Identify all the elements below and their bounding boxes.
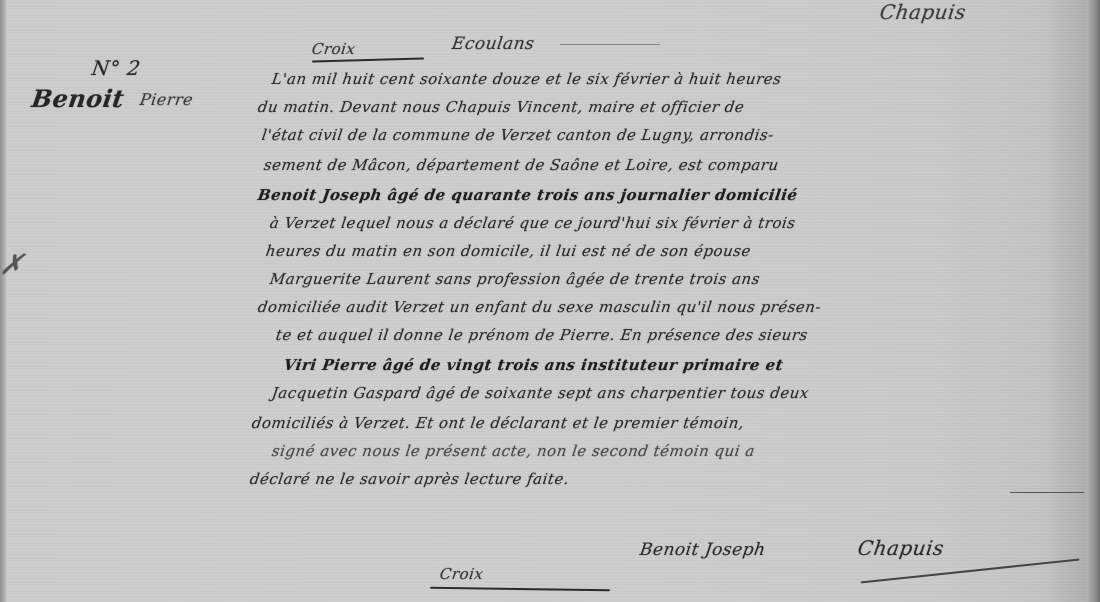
- body-line-4: sement de Mâcon, département de Saône et…: [263, 156, 780, 174]
- header-cross-word: Croix: [311, 40, 357, 58]
- body-line-1: L'an mil huit cent soixante douze et le …: [271, 70, 783, 88]
- declarant-signature: Benoit Joseph: [639, 540, 767, 560]
- body-line-9: domiciliée audit Verzet un enfant du sex…: [257, 298, 823, 316]
- margin-surname: Benoit: [30, 84, 126, 113]
- body-line-15: déclaré ne le savoir après lecture faite…: [249, 470, 571, 488]
- margin-given-name: Pierre: [139, 90, 195, 109]
- record-number: N° 2: [90, 56, 142, 80]
- top-signature: Chapuis: [878, 0, 967, 24]
- body-line-8: Marguerite Laurent sans profession âgée …: [269, 270, 762, 288]
- signature-underline: [861, 559, 1080, 583]
- page-left-edge: [0, 0, 6, 602]
- document-page: Chapuis N° 2 Benoit Pierre ✗ Croix Ecoul…: [0, 0, 1100, 602]
- body-line-3: l'état civil de la commune de Verzet can…: [261, 126, 775, 144]
- header-flourish-line: [312, 58, 424, 63]
- header-title: Ecoulans: [451, 34, 536, 54]
- body-line-5: Benoit Joseph âgé de quarante trois ans …: [257, 186, 799, 204]
- body-line-7: heures du matin en son domicile, il lui …: [265, 242, 752, 260]
- body-line-14: signé avec nous le présent acte, non le …: [271, 442, 756, 460]
- body-line-12: Jacquetin Gaspard âgé de soixante sept a…: [271, 384, 810, 402]
- closing-line: [1010, 492, 1084, 493]
- body-line-10: te et auquel il donne le prénom de Pierr…: [275, 326, 809, 344]
- page-right-edge: [1086, 0, 1100, 602]
- footer-flourish-line: [430, 587, 610, 592]
- body-line-13: domiciliés à Verzet. Et ont le déclarant…: [251, 414, 746, 432]
- body-line-11: Viri Pierre âgé de vingt trois ans insti…: [283, 356, 785, 374]
- officer-signature: Chapuis: [856, 536, 945, 560]
- body-line-6: à Verzet lequel nous a déclaré que ce jo…: [269, 214, 797, 232]
- header-title-dash: [560, 44, 660, 45]
- footer-cross-word: Croix: [439, 565, 485, 583]
- body-line-2: du matin. Devant nous Chapuis Vincent, m…: [257, 98, 746, 116]
- margin-cross-mark: ✗: [0, 248, 26, 281]
